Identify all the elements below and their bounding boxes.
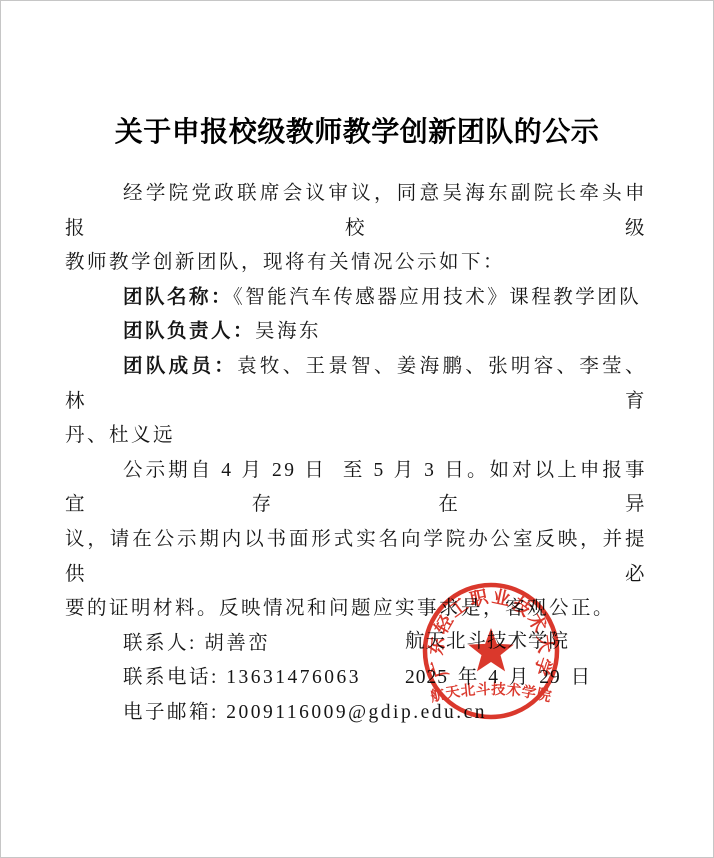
document-line: 教师教学创新团队，现将有关情况公示如下： xyxy=(65,246,647,281)
document-title: 关于申报校级教师教学创新团队的公示 xyxy=(41,111,673,155)
document-line: 经学院党政联席会议审议，同意吴海东副院长牵头申报校级 xyxy=(65,177,647,246)
official-seal: 广东轻工职业技术大学 航天北斗技术学院 xyxy=(391,551,591,751)
line-text: 丹、杜义远 xyxy=(65,425,175,446)
red-star-icon xyxy=(468,628,514,671)
field-label: 团队名称： xyxy=(123,287,233,308)
line-text: 教师教学创新团队，现将有关情况公示如下： xyxy=(65,252,505,273)
document-line: 团队成员：袁牧、王景智、姜海鹏、张明容、李莹、林育 xyxy=(65,350,647,419)
document-line: 团队名称：《智能汽车传感器应用技术》课程教学团队 xyxy=(65,281,647,316)
line-text: 联系电话: 13631476063 xyxy=(123,667,361,688)
line-text: 联系人: 胡善峦 xyxy=(123,633,270,654)
seal-inner-text: 航天北斗技术学院 xyxy=(429,681,554,706)
field-label: 团队负责人： xyxy=(123,321,255,342)
line-text: 《智能汽车传感器应用技术》课程教学团队 xyxy=(233,287,641,308)
document-line: 丹、杜义远 xyxy=(65,419,647,454)
document-line: 团队负责人：吴海东 xyxy=(65,315,647,350)
line-text: 公示期自 4 月 29 日 至 5 月 3 日。如对以上申报事宜存在异 xyxy=(65,460,647,516)
field-label: 团队成员： xyxy=(123,356,237,377)
line-text: 经学院党政联席会议审议，同意吴海东副院长牵头申报校级 xyxy=(65,183,647,239)
notice-document-page: 关于申报校级教师教学创新团队的公示 经学院党政联席会议审议，同意吴海东副院长牵头… xyxy=(0,0,714,858)
line-text: 吴海东 xyxy=(255,321,321,342)
document-line: 公示期自 4 月 29 日 至 5 月 3 日。如对以上申报事宜存在异 xyxy=(65,454,647,523)
